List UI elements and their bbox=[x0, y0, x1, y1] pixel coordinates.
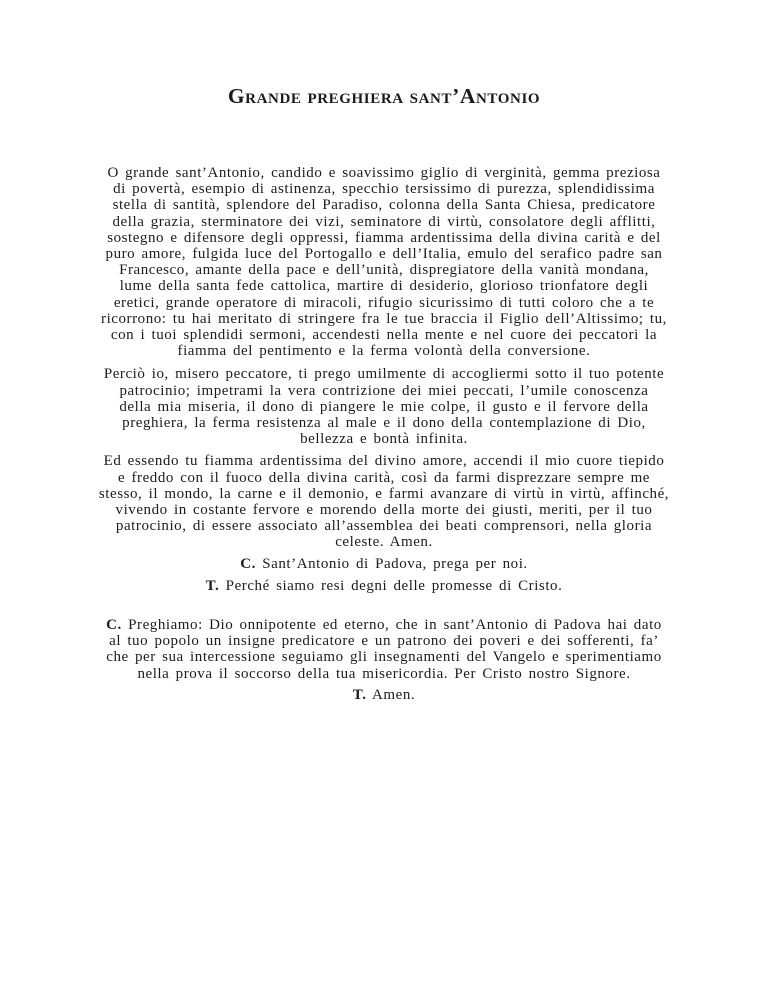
versicle-prefix: C. bbox=[106, 617, 122, 633]
versicle-text: Sant’Antonio di Padova, prega per noi. bbox=[262, 556, 527, 572]
text-line: vivendo in costante fervore e morendo de… bbox=[0, 502, 768, 518]
versicle-prefix: T. bbox=[353, 687, 367, 703]
versicle-assembly: T. Perché siamo resi degni delle promess… bbox=[0, 578, 768, 594]
text-line: puro amore, fulgida luce del Portogallo … bbox=[0, 246, 768, 262]
text-line: ricorrono: tu hai meritato di stringere … bbox=[0, 311, 768, 327]
versicle-text: Perché siamo resi degni delle promesse d… bbox=[226, 578, 563, 594]
text-line: fiamma del pentimento e la ferma volontà… bbox=[0, 343, 768, 359]
text-line: della mia miseria, il dono di piangere l… bbox=[0, 399, 768, 415]
text-line: al tuo popolo un insigne predicatore e u… bbox=[0, 633, 768, 649]
text-line: bellezza e bontà infinita. bbox=[0, 431, 768, 447]
document-title: Grande preghiera sant’Antonio bbox=[0, 0, 768, 108]
text-line: celeste. Amen. bbox=[0, 534, 768, 550]
collect-prayer: C. Preghiamo: Dio onnipotente ed eterno,… bbox=[0, 617, 768, 682]
text-line: che per sua intercessione seguiamo gli i… bbox=[0, 649, 768, 665]
text-line: O grande sant’Antonio, candido e soaviss… bbox=[0, 165, 768, 181]
text-line: nella prova il soccorso della tua miseri… bbox=[0, 666, 768, 682]
text-line: sostegno e difensore degli oppressi, fia… bbox=[0, 230, 768, 246]
collect-line-text: Preghiamo: Dio onnipotente ed eterno, ch… bbox=[128, 617, 662, 633]
text-line: di povertà, esempio di astinenza, specch… bbox=[0, 181, 768, 197]
versicle-text: Amen. bbox=[372, 687, 415, 703]
response-amen: T. Amen. bbox=[0, 687, 768, 703]
versicle-prefix: C. bbox=[240, 556, 256, 572]
versicle-prefix: T. bbox=[206, 578, 220, 594]
text-line: della grazia, sterminatore dei vizi, sem… bbox=[0, 214, 768, 230]
text-line: C. Preghiamo: Dio onnipotente ed eterno,… bbox=[0, 617, 768, 633]
prayer-paragraph-conclusion: Ed essendo tu fiamma ardentissima del di… bbox=[0, 453, 768, 550]
versicle-celebrant: C. Sant’Antonio di Padova, prega per noi… bbox=[0, 556, 768, 572]
text-line: Francesco, amante della pace e dell’unit… bbox=[0, 262, 768, 278]
text-line: stesso, il mondo, la carne e il demonio,… bbox=[0, 486, 768, 502]
text-line: eretici, grande operatore di miracoli, r… bbox=[0, 295, 768, 311]
document-page: Grande preghiera sant’Antonio O grande s… bbox=[0, 0, 768, 994]
prayer-body: O grande sant’Antonio, candido e soaviss… bbox=[0, 165, 768, 703]
text-line: Perciò io, misero peccatore, ti prego um… bbox=[0, 366, 768, 382]
text-line: patrocinio, di essere associato all’asse… bbox=[0, 518, 768, 534]
text-line: e freddo con il fuoco della divina carit… bbox=[0, 470, 768, 486]
text-line: stella di santità, splendore del Paradis… bbox=[0, 197, 768, 213]
text-line: con i tuoi splendidi sermoni, accendesti… bbox=[0, 327, 768, 343]
prayer-paragraph-invocation: O grande sant’Antonio, candido e soaviss… bbox=[0, 165, 768, 359]
text-line: preghiera, la ferma resistenza al male e… bbox=[0, 415, 768, 431]
text-line: lume della santa fede cattolica, martire… bbox=[0, 278, 768, 294]
prayer-paragraph-petition: Perciò io, misero peccatore, ti prego um… bbox=[0, 366, 768, 447]
text-line: patrocinio; impetrami la vera contrizion… bbox=[0, 383, 768, 399]
text-line: Ed essendo tu fiamma ardentissima del di… bbox=[0, 453, 768, 469]
